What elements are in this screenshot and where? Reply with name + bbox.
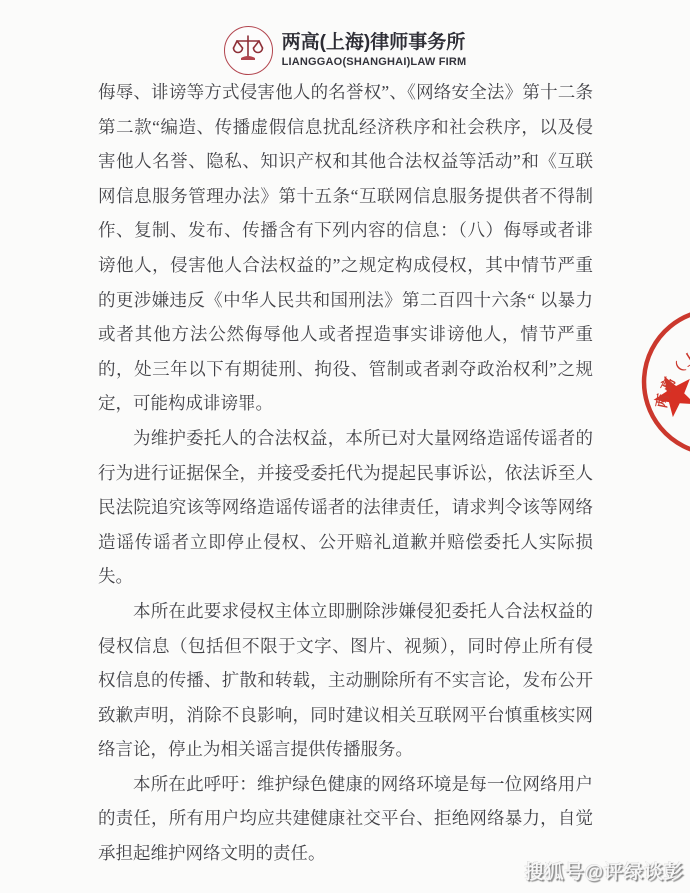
scales-of-justice-seal-icon (231, 31, 265, 70)
paragraph-appeal: 本所在此呼吁：维护绿色健康的网络环境是每一位网络用户的责任，所有用户均应共建健康… (98, 767, 593, 871)
letterhead: 两高(上海)律师事务所 LIANGGAO(SHANGHAI)LAW FIRM (0, 26, 690, 75)
paragraph-demands: 本所在此要求侵权主体立即删除涉嫌侵犯委托人合法权益的侵权信息（包括但不限于文字、… (98, 594, 593, 767)
law-firm-logo (224, 26, 273, 75)
sohu-watermark: 搜狐号@评绿谈彭 (524, 857, 684, 884)
paragraph-legal-basis: 侮辱、诽谤等方式侵害他人的名誉权”、《网络安全法》第十二条第二款“编造、传播虚假… (98, 75, 593, 421)
paragraph-evidence-litigation: 为维护委托人的合法权益，本所已对大量网络造谣传谣者的行为进行证据保全，并接受委托… (98, 421, 593, 594)
svg-text:两高（上海）律师事务所: 两高（上海）律师事务所 (602, 278, 690, 426)
firm-name-chinese: 两高(上海)律师事务所 (282, 32, 467, 54)
firm-name-english: LIANGGAO(SHANGHAI)LAW FIRM (282, 56, 467, 69)
official-red-seal: 两高（上海）律师事务所 (602, 278, 690, 495)
red-seal-stamp-icon: 两高（上海）律师事务所 (602, 278, 690, 495)
legal-statement-text: 侮辱、诽谤等方式侵害他人的名誉权”、《网络安全法》第十二条第二款“编造、传播虚假… (98, 75, 593, 871)
firm-name-block: 两高(上海)律师事务所 LIANGGAO(SHANGHAI)LAW FIRM (282, 32, 467, 68)
